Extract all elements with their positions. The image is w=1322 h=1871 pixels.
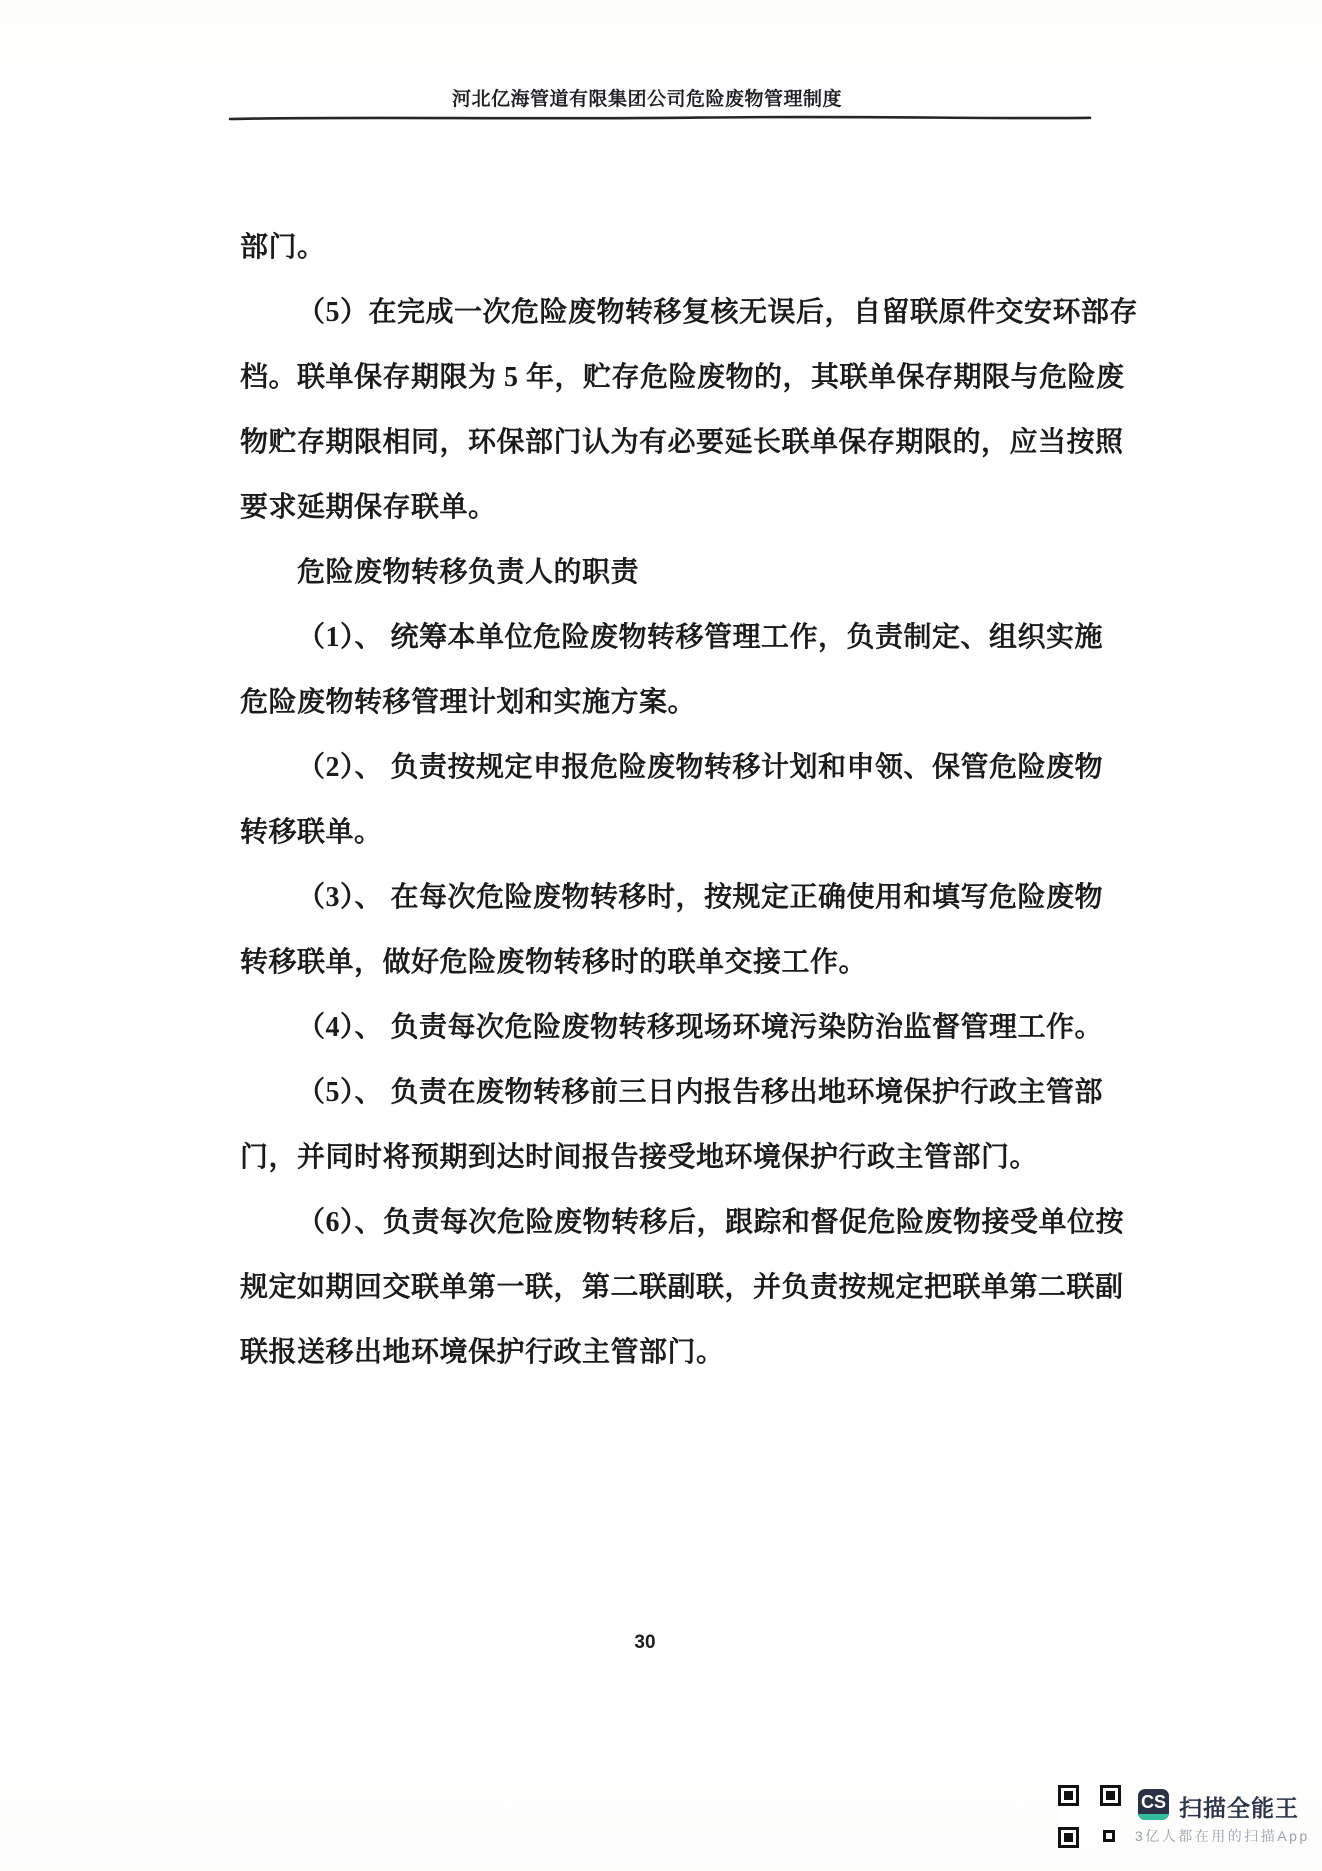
camscanner-logo-accent [1138,1814,1169,1820]
body-line: 要求延期保存联单。 [240,475,1116,540]
document-header-title: 河北亿海管道有限集团公司危险废物管理制度 [0,84,1294,111]
body-line: 危险废物转移管理计划和实施方案。 [240,670,1116,735]
page-number: 30 [0,1632,1290,1654]
body-line: （4）、 负责每次危险废物转移现场环境污染防治监督管理工作。 [240,995,1116,1060]
camscanner-logo-text: CS [1138,1790,1169,1815]
body-line: （5）在完成一次危险废物转移复核无误后，自留联原件交安环部存 [240,280,1116,345]
body-line: 档。联单保存期限为 5 年，贮存危险废物的，其联单保存期限与危险废 [240,345,1116,410]
body-line: 部门。 [240,215,1116,280]
body-line: 门，并同时将预期到达时间报告接受地环境保护行政主管部门。 [240,1125,1116,1190]
camscanner-tagline: 3亿人都在用的扫描App [1135,1826,1310,1846]
body-line: 联报送移出地环境保护行政主管部门。 [240,1320,1116,1385]
body-line: 转移联单。 [240,800,1116,865]
camscanner-watermark: CS 扫描全能王 3亿人都在用的扫描App [1058,1785,1290,1849]
camscanner-logo-icon: CS [1138,1789,1169,1820]
body-line: 转移联单，做好危险废物转移时的联单交接工作。 [240,930,1116,995]
body-line: 危险废物转移负责人的职责 [240,540,1116,605]
body-line: （3）、 在每次危险废物转移时，按规定正确使用和填写危险废物 [240,865,1116,930]
body-line: （5）、 负责在废物转移前三日内报告移出地环境保护行政主管部 [240,1060,1116,1125]
header-rule [228,109,1092,117]
body-line: （6）、负责每次危险废物转移后，跟踪和督促危险废物接受单位按 [240,1190,1116,1255]
qr-code-icon [1058,1785,1121,1848]
body-line: （1）、 统筹本单位危险废物转移管理工作，负责制定、组织实施 [240,605,1116,670]
body-line: （2）、 负责按规定申报危险废物转移计划和申领、保管危险废物 [240,735,1116,800]
document-body: 部门。 （5）在完成一次危险废物转移复核无误后，自留联原件交安环部存 档。联单保… [240,215,1116,1385]
scanned-document-page: 河北亿海管道有限集团公司危险废物管理制度 部门。 （5）在完成一次危险废物转移复… [0,0,1322,1871]
body-line: 规定如期回交联单第一联，第二联副联，并负责按规定把联单第二联副 [240,1255,1116,1320]
body-line: 物贮存期限相同，环保部门认为有必要延长联单保存期限的，应当按照 [240,410,1116,475]
camscanner-app-name: 扫描全能王 [1179,1790,1299,1823]
